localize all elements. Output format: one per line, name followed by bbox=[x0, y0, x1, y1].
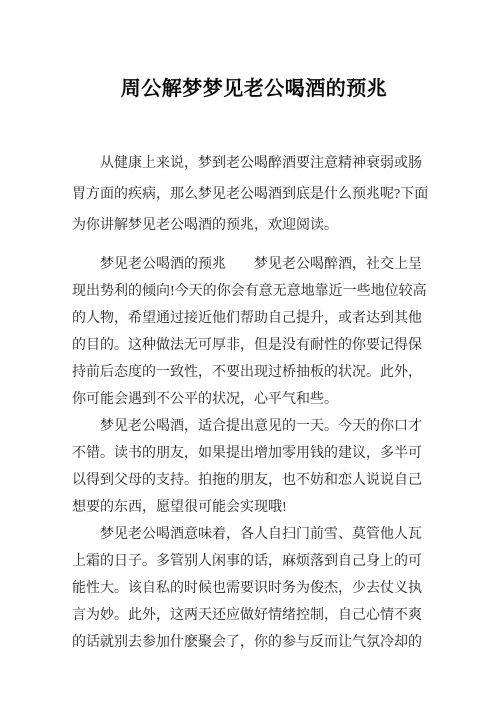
text-line: 梦见老公喝酒意味着，各人自扫门前雪、莫管他人瓦 bbox=[72, 521, 436, 548]
text-line: 以得到父母的支持。拍拖的朋友，也不妨和恋人说说自己 bbox=[72, 467, 436, 494]
text-line: 胃方面的疾病，那么梦见老公喝酒到底是什么预兆呢?下面 bbox=[72, 179, 436, 210]
text-line: 持前后态度的一致性，不要出现过桥抽板的状况。此外， bbox=[72, 359, 436, 386]
paragraph-meaning: 梦见老公喝酒意味着，各人自扫门前雪、莫管他人瓦 上霜的日子。多管别人闲事的话，麻… bbox=[72, 521, 436, 656]
text-line: 你可能会遇到不公平的状况，心平气和些。 bbox=[72, 386, 436, 413]
text-line: 现出势利的倾向!今天的你会有意无意地靠近一些地位较高 bbox=[72, 278, 436, 305]
page: 周公解梦梦见老公喝酒的预兆 从健康上来说，梦到老公喝醉酒要注意精神衰弱或肠 胃方… bbox=[0, 0, 500, 708]
text-line: 不错。读书的朋友，如果提出增加零用钱的建议，多半可 bbox=[72, 440, 436, 467]
document: 周公解梦梦见老公喝酒的预兆 从健康上来说，梦到老公喝醉酒要注意精神衰弱或肠 胃方… bbox=[0, 0, 500, 656]
paragraph-advice: 梦见老公喝酒，适合提出意见的一天。今天的你口才 不错。读书的朋友，如果提出增加零… bbox=[72, 413, 436, 521]
text-line: 言为妙。此外，这两天还应做好情绪控制，自己心情不爽 bbox=[72, 602, 436, 629]
text-line: 的人物，希望通过接近他们帮助自己提升，或者达到其他 bbox=[72, 305, 436, 332]
page-title: 周公解梦梦见老公喝酒的预兆 bbox=[72, 78, 436, 100]
paragraph-omen: 梦见老公喝酒的预兆 梦见老公喝醉酒，社交上呈 现出势利的倾向!今天的你会有意无意… bbox=[72, 251, 436, 413]
text-line: 的目的。这种做法无可厚非，但是没有耐性的你要记得保 bbox=[72, 332, 436, 359]
text-line: 上霜的日子。多管别人闲事的话，麻烦落到自己身上的可 bbox=[72, 548, 436, 575]
paragraph-intro: 从健康上来说，梦到老公喝醉酒要注意精神衰弱或肠 胃方面的疾病，那么梦见老公喝酒到… bbox=[72, 148, 436, 241]
text-line: 为你讲解梦见老公喝酒的预兆，欢迎阅读。 bbox=[72, 210, 436, 241]
text-line: 从健康上来说，梦到老公喝醉酒要注意精神衰弱或肠 bbox=[72, 148, 436, 179]
text-line: 能性大。该自私的时候也需要识时务为俊杰，少去仗义执 bbox=[72, 575, 436, 602]
text-line: 梦见老公喝酒，适合提出意见的一天。今天的你口才 bbox=[72, 413, 436, 440]
text-line: 梦见老公喝酒的预兆 梦见老公喝醉酒，社交上呈 bbox=[72, 251, 436, 278]
article-body: 从健康上来说，梦到老公喝醉酒要注意精神衰弱或肠 胃方面的疾病，那么梦见老公喝酒到… bbox=[72, 148, 436, 656]
text-line: 的话就别去参加什麽聚会了，你的参与反而让气氛冷却的 bbox=[72, 629, 436, 656]
text-line: 想要的东西，愿望很可能会实现哦! bbox=[72, 494, 436, 521]
